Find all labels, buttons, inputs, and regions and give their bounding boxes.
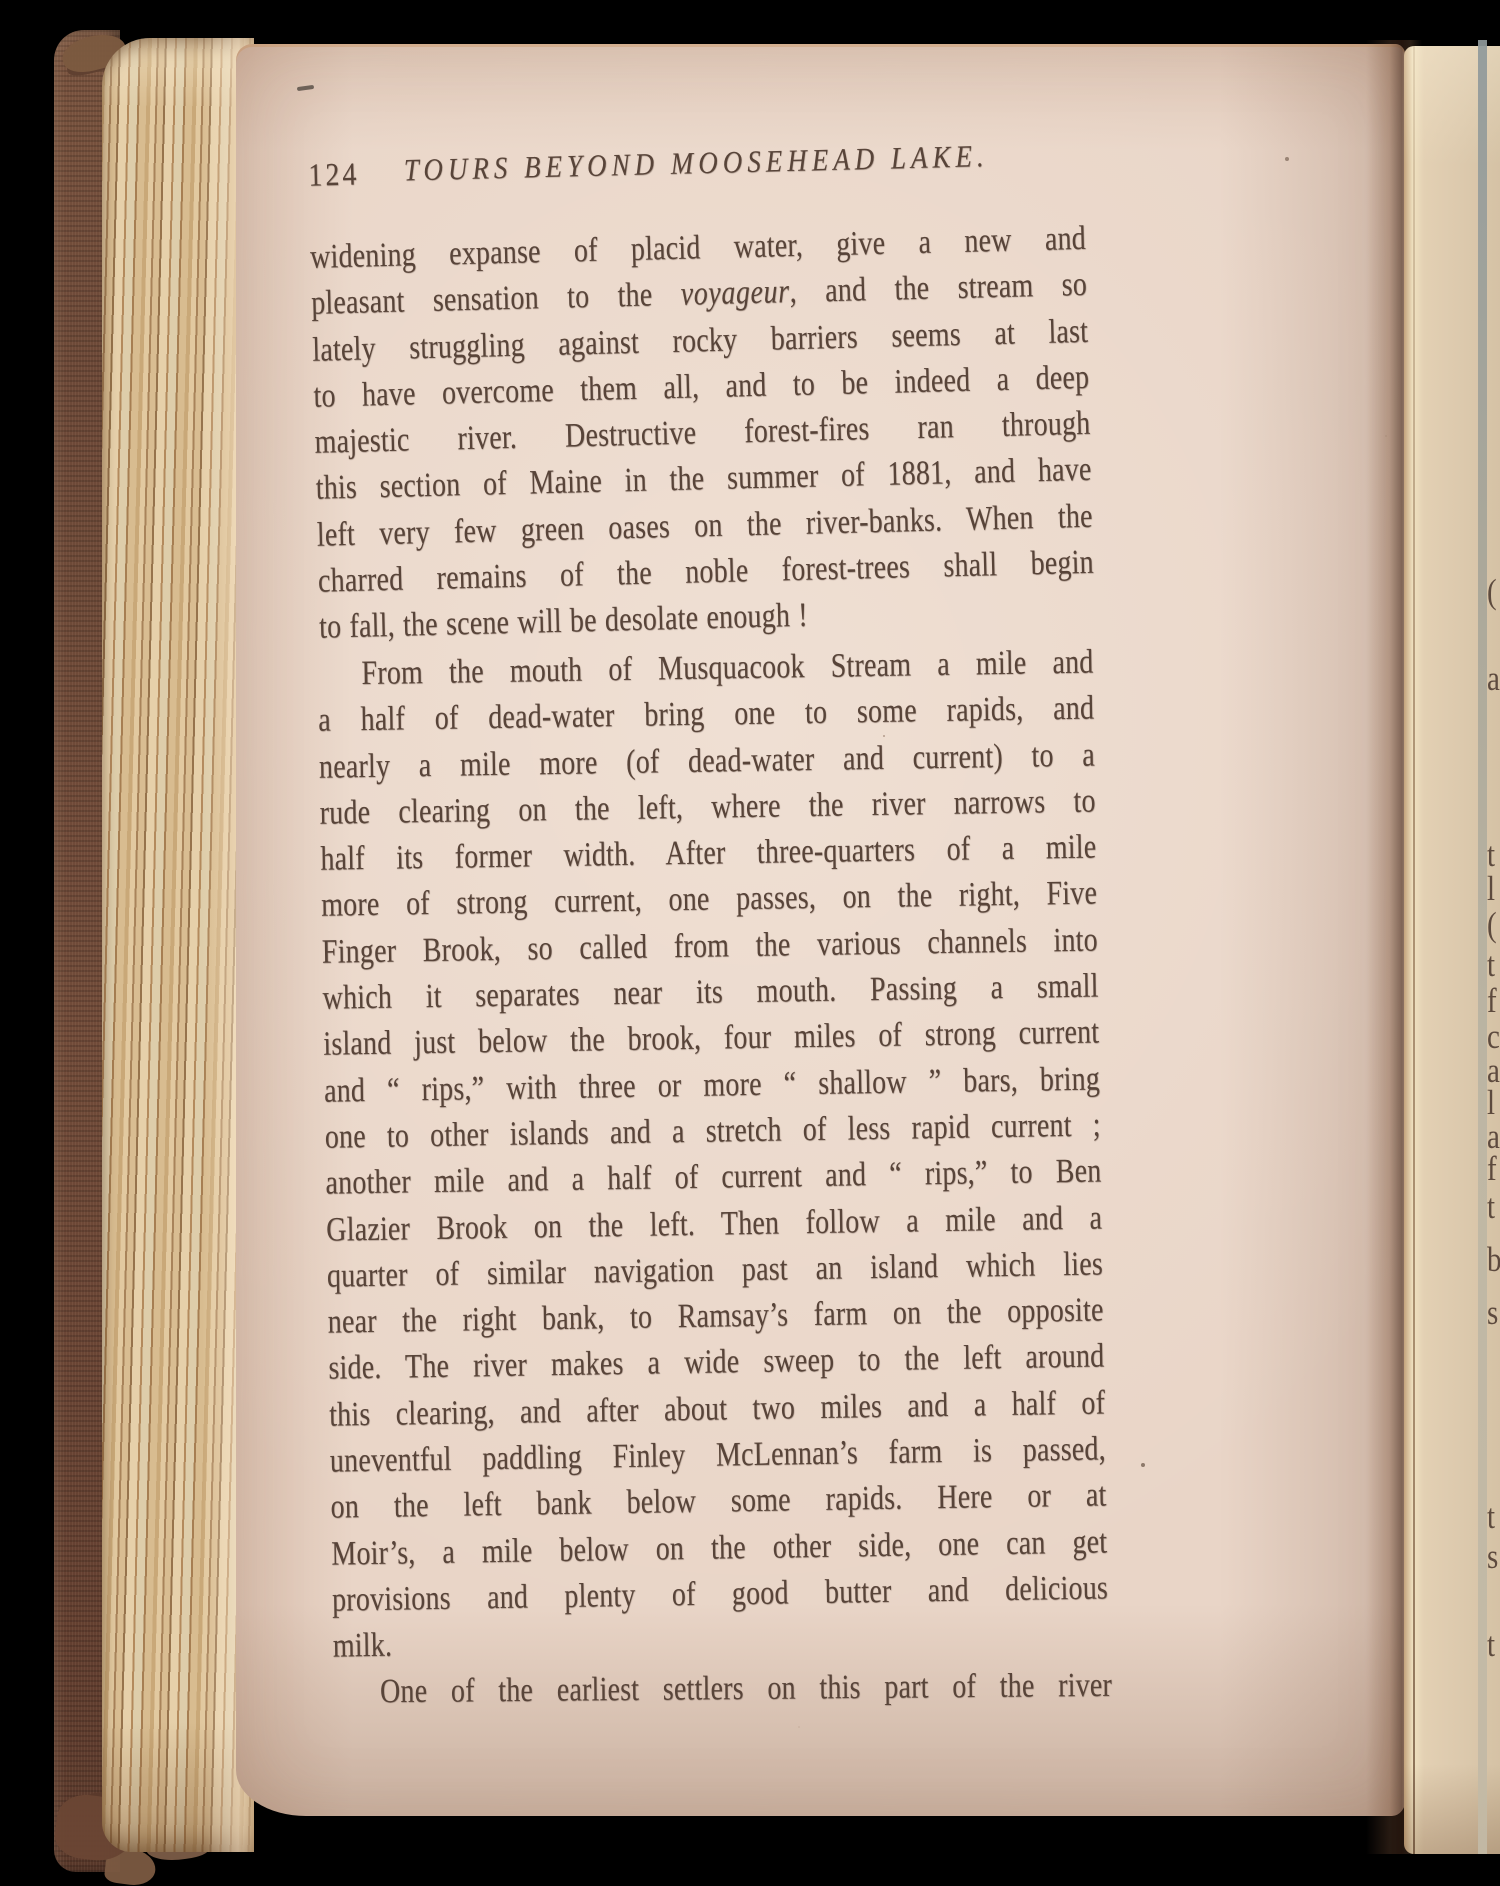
opposite-page-partial-letter: a xyxy=(1487,659,1500,700)
book-page: 124 TOURS BEYOND MOOSEHEAD LAKE. widenin… xyxy=(236,44,1406,1816)
opposite-page-partial-letter: s xyxy=(1487,1537,1500,1578)
opposite-page-partial-letter: t xyxy=(1487,1625,1500,1666)
opposite-cover-strip xyxy=(1478,40,1487,1854)
opposite-page-text-slivers: (atl(tfcalaftbstst xyxy=(1487,0,1500,1886)
opposite-page-partial-letter: l xyxy=(1487,869,1500,910)
paragraph: widening expanse of placid water, give a… xyxy=(310,216,1096,652)
body-text: widening expanse of placid water, give a… xyxy=(310,221,1113,1716)
running-header: 124 TOURS BEYOND MOOSEHEAD LAKE. xyxy=(308,139,1085,202)
text-line: One of the earliest settlers on this par… xyxy=(336,1658,1112,1721)
running-title: TOURS BEYOND MOOSEHEAD LAKE. xyxy=(308,136,1085,191)
opposite-page-partial-letter: b xyxy=(1487,1240,1500,1281)
opposite-page-partial-letter: t xyxy=(1487,1187,1500,1228)
opposite-page-partial-letter: ( xyxy=(1487,572,1500,613)
opposite-page-partial-letter: f xyxy=(1487,981,1500,1022)
paragraph: One of the earliest settlers on this par… xyxy=(336,1663,1112,1716)
opposite-page-partial-letter: t xyxy=(1487,945,1500,986)
opposite-page-partial-letter: t xyxy=(1487,1497,1500,1538)
book-photo: 124 TOURS BEYOND MOOSEHEAD LAKE. widenin… xyxy=(0,0,1500,1886)
opposite-page-partial-letter: s xyxy=(1487,1293,1500,1334)
paragraph: From the mouth of Musquacook Stream a mi… xyxy=(317,640,1109,1671)
opposite-page-partial-letter: ( xyxy=(1487,905,1500,946)
page-stack-fore-edge xyxy=(102,38,254,1852)
opposite-page-partial-letter: f xyxy=(1487,1149,1500,1190)
printed-text-block: 124 TOURS BEYOND MOOSEHEAD LAKE. widenin… xyxy=(308,141,1112,1716)
